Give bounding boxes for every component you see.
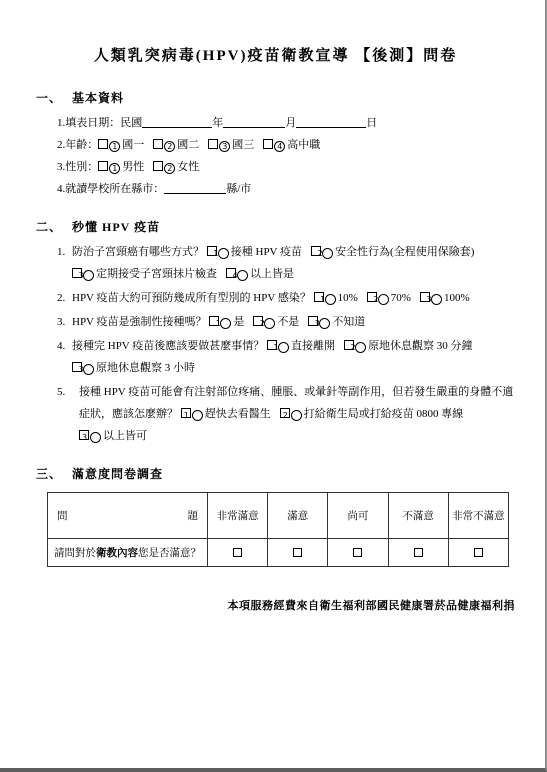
checkbox-icon[interactable] (208, 139, 218, 149)
rating-checkbox-cell (208, 539, 268, 567)
page-content: 人類乳突病毒(HPV)疫苗衛教宣導 【後測】問卷 一、基本資料 1.填表日期：民… (0, 0, 545, 613)
option-number-icon: 3 (219, 141, 230, 152)
checkbox-icon[interactable] (474, 548, 483, 557)
rating-checkbox-cell (388, 539, 448, 567)
checkbox-option[interactable]: 1直接離開 (267, 340, 335, 352)
option-number-icon: 2 (378, 294, 389, 305)
checkbox-option[interactable]: 4高中職 (263, 139, 320, 151)
question-column-header: 問 題 (48, 493, 208, 539)
rating-column-header: 尚可 (328, 493, 388, 539)
rating-checkbox-cell (328, 539, 388, 567)
option-label: 不知道 (332, 316, 365, 328)
question-number: 2. (57, 287, 72, 309)
option-number-icon: 2 (291, 410, 302, 421)
option-label: 高中職 (287, 139, 320, 151)
row-text-prefix: 請問對於 (54, 548, 96, 559)
checkbox-option[interactable]: 3以上皆可 (79, 430, 147, 442)
checkbox-option[interactable]: 1男性 (98, 161, 144, 173)
checkbox-option[interactable]: 1是 (209, 316, 244, 328)
school-county-label: 4.就讀學校所在縣市： (57, 183, 164, 195)
question-gender: 3.性別：1男性2女性 (57, 156, 515, 178)
rating-column-header: 非常滿意 (208, 493, 268, 539)
option-label: 原地休息觀察 3 小時 (96, 362, 195, 374)
quiz-question-4: 4.接種完 HPV 疫苗後應該要做甚麼事情？ 1直接離開2原地休息觀察 30 分… (57, 335, 515, 379)
checkbox-icon[interactable] (153, 139, 163, 149)
option-label: 100% (444, 292, 470, 304)
option-label: 國三 (232, 139, 254, 151)
row-text-suffix: 您是否滿意？ (138, 548, 201, 559)
section2-title: 秒懂 HPV 疫苗 (72, 220, 160, 234)
checkbox-option[interactable]: 2安全性行為(全程使用保險套) (311, 246, 474, 258)
checkbox-option[interactable]: 3國三 (208, 139, 254, 151)
option-number-icon: 4 (237, 270, 248, 281)
option-label: 定期接受子宮頸抹片檢查 (96, 268, 217, 280)
section1-heading: 一、基本資料 (36, 89, 515, 106)
month-unit: 月 (285, 117, 296, 129)
funding-note: 本項服務經費來自衛生福利部國民健康署菸品健康福利捐 (36, 597, 515, 613)
question-text: HPV 疫苗是強制性接種嗎？ (72, 316, 209, 328)
month-blank-field[interactable] (223, 115, 285, 128)
checkbox-icon[interactable] (293, 548, 302, 557)
section2-heading: 二、秒懂 HPV 疫苗 (36, 218, 515, 235)
option-number-icon: 1 (109, 163, 120, 174)
option-label: 國一 (122, 139, 144, 151)
quiz-question-3: 3.HPV 疫苗是強制性接種嗎？ 1是2不是3不知道 (57, 311, 515, 333)
option-label: 70% (391, 292, 411, 304)
checkbox-icon[interactable] (98, 139, 108, 149)
table-data-row: 請問對於衛教內容您是否滿意？ (48, 539, 509, 567)
option-number-icon: 2 (264, 318, 275, 329)
checkbox-option[interactable]: 270% (367, 292, 411, 304)
option-number-icon: 4 (274, 141, 285, 152)
checkbox-icon[interactable] (233, 548, 242, 557)
option-number-icon: 3 (83, 270, 94, 281)
section1-number: 一、 (36, 91, 62, 105)
option-number-icon: 1 (109, 141, 120, 152)
option-label: 女性 (177, 161, 199, 173)
question-options: 110%270%3100% (314, 292, 470, 304)
questionnaire-page: 人類乳突病毒(HPV)疫苗衛教宣導 【後測】問卷 一、基本資料 1.填表日期：民… (0, 0, 547, 772)
quiz-question-5: 5.接種 HPV 疫苗可能會有注射部位疼痛、腫脹、或暈針等副作用，但若發生嚴重的… (57, 381, 515, 447)
checkbox-option[interactable]: 1接種 HPV 疫苗 (207, 246, 302, 258)
option-number-icon: 1 (192, 410, 203, 421)
satisfaction-question-cell: 請問對於衛教內容您是否滿意？ (48, 539, 208, 567)
grade-label: 2.年齡： (57, 139, 98, 151)
option-number-icon: 3 (431, 294, 442, 305)
quiz-question-1: 1.防治子宮頸癌有哪些方式？ 1接種 HPV 疫苗2安全性行為(全程使用保險套)… (57, 241, 515, 285)
grade-options: 1國一2國二3國三4高中職 (98, 139, 320, 151)
checkbox-icon[interactable] (98, 161, 108, 171)
county-blank-field[interactable] (164, 181, 226, 194)
row-text-bold: 衛教內容 (96, 548, 138, 559)
county-suffix: 縣/市 (226, 183, 251, 195)
rating-checkbox-cell (448, 539, 508, 567)
checkbox-option[interactable]: 3原地休息觀察 3 小時 (72, 362, 195, 374)
day-unit: 日 (366, 117, 377, 129)
checkbox-option[interactable]: 1趕快去看醫生 (181, 408, 271, 420)
option-label: 以上皆是 (250, 268, 294, 280)
checkbox-option[interactable]: 2不是 (253, 316, 299, 328)
checkbox-icon[interactable] (414, 548, 423, 557)
checkbox-option[interactable]: 3100% (420, 292, 470, 304)
checkbox-option[interactable]: 4以上皆是 (226, 268, 294, 280)
section1-title: 基本資料 (72, 91, 124, 105)
question-grade: 2.年齡：1國一2國二3國三4高中職 (57, 134, 515, 156)
question-number: 1. (57, 241, 72, 263)
section2-number: 二、 (36, 220, 62, 234)
option-number-icon: 2 (322, 248, 333, 259)
checkbox-option[interactable]: 2國二 (153, 139, 199, 151)
option-number-icon: 2 (164, 163, 175, 174)
fill-date-label: 1.填表日期：民國 (57, 117, 142, 129)
option-number-icon: 3 (319, 318, 330, 329)
question-header-right: 題 (188, 508, 199, 523)
option-label: 接種 HPV 疫苗 (231, 246, 302, 258)
option-number-icon: 3 (83, 364, 94, 375)
checkbox-option[interactable]: 3定期接受子宮頸抹片檢查 (72, 268, 217, 280)
rating-checkbox-cell (268, 539, 328, 567)
gender-options: 1男性2女性 (98, 161, 199, 173)
section3-title: 滿意度問卷調查 (72, 467, 163, 481)
option-label: 男性 (122, 161, 144, 173)
table-header-row: 問 題 非常滿意滿意尚可不滿意非常不滿意 (48, 493, 509, 539)
day-blank-field[interactable] (296, 115, 366, 128)
option-number-icon: 1 (218, 248, 229, 259)
option-number-icon: 3 (90, 432, 101, 443)
checkbox-icon[interactable] (353, 548, 362, 557)
year-blank-field[interactable] (142, 115, 212, 128)
question-text: HPV 疫苗大約可預防幾成所有型別的 HPV 感染？ (72, 292, 314, 304)
section3-heading: 三、滿意度問卷調查 (36, 465, 515, 482)
checkbox-icon[interactable] (263, 139, 273, 149)
checkbox-option[interactable]: 2打給衛生局或打給疫苗 0800 專線 (280, 408, 464, 420)
rating-column-header: 不滿意 (388, 493, 448, 539)
checkbox-option[interactable]: 1國一 (98, 139, 144, 151)
page-title: 人類乳突病毒(HPV)疫苗衛教宣導 【後測】問卷 (36, 44, 515, 65)
question-number: 3. (57, 311, 72, 333)
satisfaction-table: 問 題 非常滿意滿意尚可不滿意非常不滿意 請問對於衛教內容您是否滿意？ (47, 492, 509, 567)
question-options: 1是2不是3不知道 (209, 316, 365, 328)
rating-column-header: 滿意 (268, 493, 328, 539)
section3-number: 三、 (36, 467, 62, 481)
option-number-icon: 1 (325, 294, 336, 305)
checkbox-icon[interactable] (153, 161, 163, 171)
option-number-icon: 2 (164, 141, 175, 152)
option-label: 不是 (277, 316, 299, 328)
year-unit: 年 (212, 117, 223, 129)
checkbox-option[interactable]: 110% (314, 292, 358, 304)
option-label: 打給衛生局或打給疫苗 0800 專線 (304, 408, 464, 420)
question-number: 4. (57, 335, 72, 357)
option-label: 安全性行為(全程使用保險套) (335, 246, 474, 258)
option-label: 直接離開 (291, 340, 335, 352)
checkbox-option[interactable]: 2女性 (153, 161, 199, 173)
checkbox-option[interactable]: 3不知道 (308, 316, 365, 328)
gender-label: 3.性別： (57, 161, 98, 173)
question-text: 接種完 HPV 疫苗後應該要做甚麼事情？ (72, 340, 267, 352)
option-label: 是 (233, 316, 244, 328)
checkbox-option[interactable]: 2原地休息觀察 30 分鐘 (344, 340, 473, 352)
quiz-question-2: 2.HPV 疫苗大約可預防幾成所有型別的 HPV 感染？ 110%270%310… (57, 287, 515, 309)
question-header-left: 問 (57, 508, 68, 523)
option-label: 趕快去看醫生 (205, 408, 271, 420)
option-label: 10% (338, 292, 358, 304)
section1-items: 1.填表日期：民國年月日 2.年齡：1國一2國二3國三4高中職 3.性別：1男性… (57, 112, 515, 200)
section2-items: 1.防治子宮頸癌有哪些方式？ 1接種 HPV 疫苗2安全性行為(全程使用保險套)… (57, 241, 515, 447)
question-fill-date: 1.填表日期：民國年月日 (57, 112, 515, 134)
question-number: 5. (57, 381, 79, 403)
question-school-county: 4.就讀學校所在縣市：縣/市 (57, 178, 515, 200)
option-number-icon: 2 (355, 342, 366, 353)
question-text: 防治子宮頸癌有哪些方式？ (72, 246, 207, 258)
option-label: 以上皆可 (103, 430, 147, 442)
rating-column-header: 非常不滿意 (448, 493, 508, 539)
option-label: 原地休息觀察 30 分鐘 (368, 340, 473, 352)
option-number-icon: 1 (220, 318, 231, 329)
option-number-icon: 1 (278, 342, 289, 353)
option-label: 國二 (177, 139, 199, 151)
